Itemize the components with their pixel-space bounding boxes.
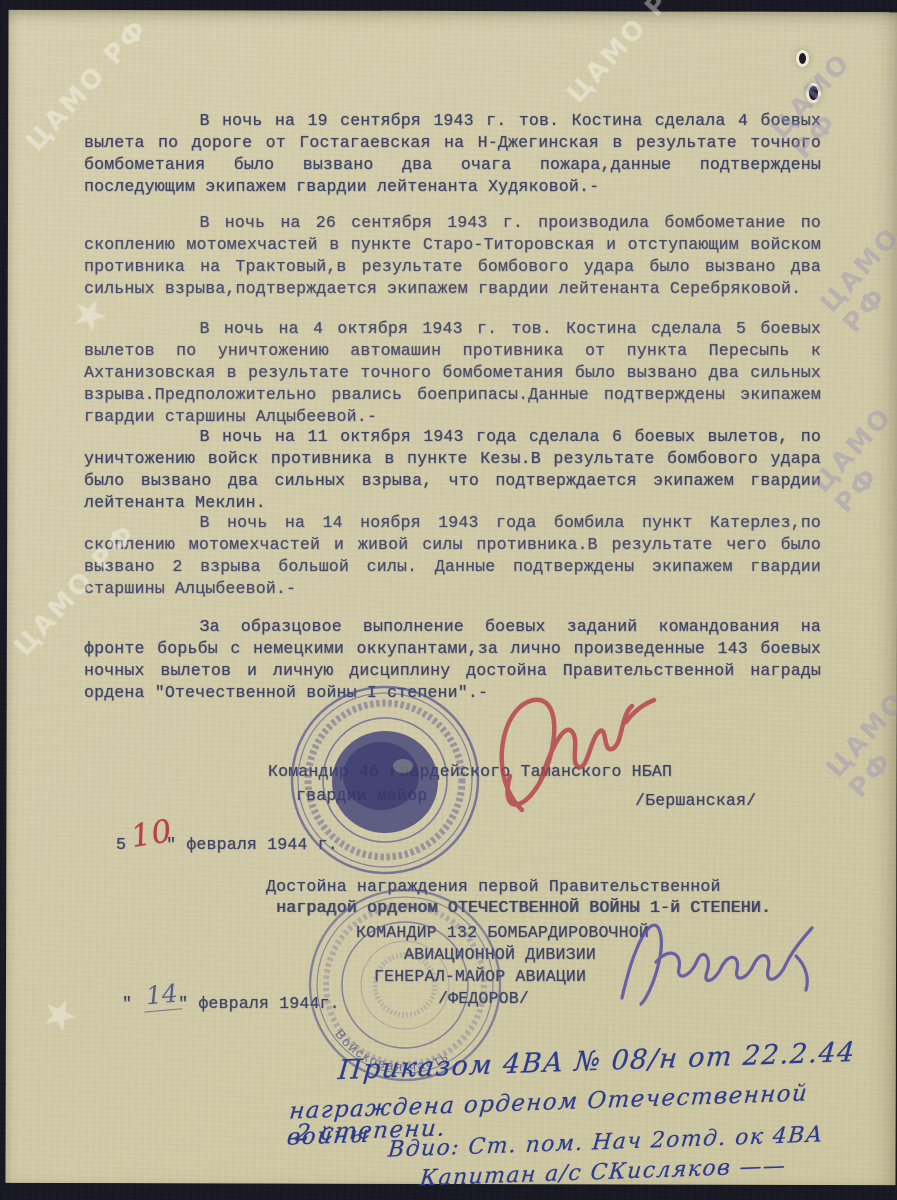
red-signature-bershanskaya <box>460 678 710 838</box>
scanned-award-document: { "page": { "bg_color": "#13131f", "pape… <box>0 0 897 1200</box>
paragraph-flight-4-oct: В ночь на 4 октября 1943 г. тов. Костина… <box>84 318 821 428</box>
paragraph-flight-11-oct: В ночь на 11 октября 1943 года сделала 6… <box>84 426 821 514</box>
date-division-open-quote: " <box>122 994 132 1013</box>
paragraph-flight-14-nov: В ночь на 14 ноября 1943 года бомбила пу… <box>84 512 821 600</box>
date-regiment-typed-day: 5 <box>116 835 126 854</box>
paragraph-flight-26-sep: В ночь на 26 сентября 1943 г. производил… <box>84 212 821 300</box>
handwritten-day-10: 10 <box>128 813 175 855</box>
paper-hole <box>799 53 806 64</box>
paper-tear <box>809 86 818 100</box>
purple-signature-fedorov <box>600 898 830 1028</box>
paragraph-flight-19-sep: В ночь на 19 сентября 1943 г. тов. Кости… <box>84 110 821 198</box>
handwritten-day-14: 14 <box>142 978 182 1012</box>
regiment-round-stamp <box>285 680 485 880</box>
